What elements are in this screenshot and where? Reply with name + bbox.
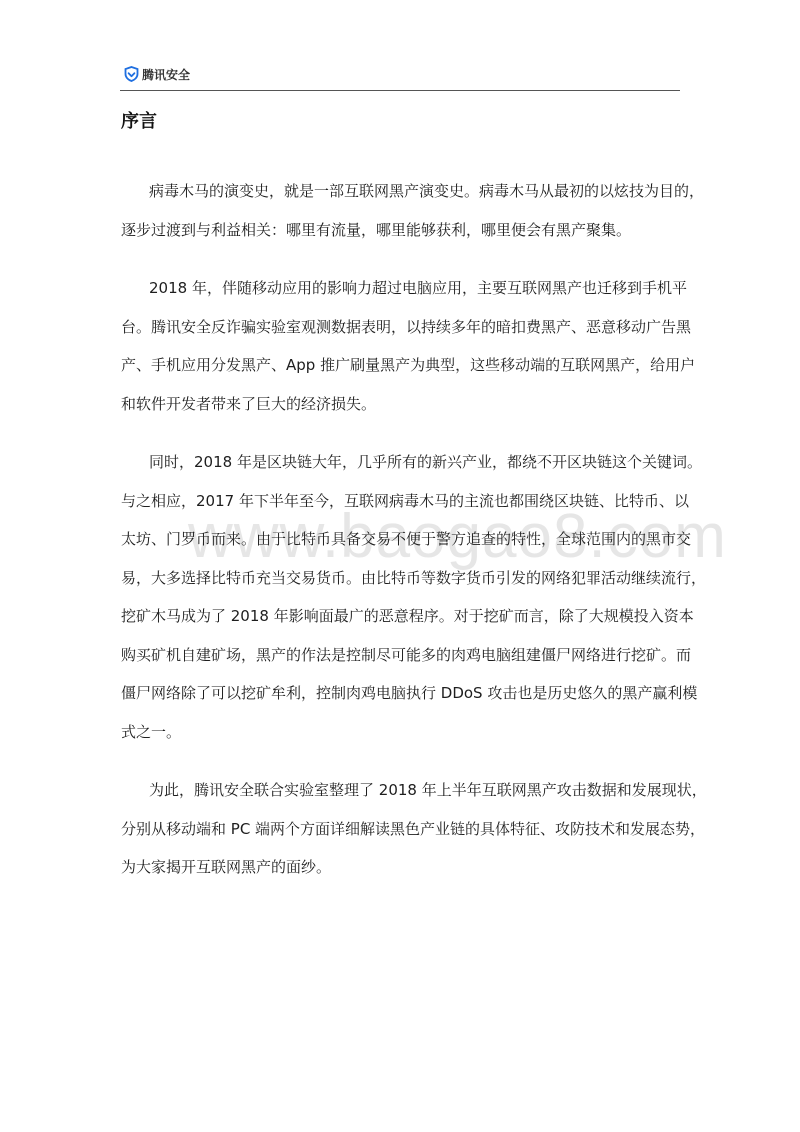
text-line: 与之相应，2017 年下半年至今，互联网病毒木马的主流也都围绕区块链、比特币、以 xyxy=(121,482,681,521)
paragraph: 为此，腾讯安全联合实验室整理了 2018 年上半年互联网黑产攻击数据和发展现状，… xyxy=(121,771,681,887)
text-line: 逐步过渡到与利益相关：哪里有流量，哪里能够获利，哪里便会有黑产聚集。 xyxy=(121,211,681,250)
text-line: 购买矿机自建矿场，黑产的作法是控制尽可能多的肉鸡电脑组建僵尸网络进行挖矿。而 xyxy=(121,636,681,675)
text-line: 挖矿木马成为了 2018 年影响面最广的恶意程序。对于挖矿而言，除了大规模投入资… xyxy=(121,597,681,636)
paragraph: 2018 年，伴随移动应用的影响力超过电脑应用，主要互联网黑产也迁移到手机平 台… xyxy=(121,269,681,423)
text-line: 分别从移动端和 PC 端两个方面详细解读黑色产业链的具体特征、攻防技术和发展态势… xyxy=(121,810,681,849)
text-line: 2018 年，伴随移动应用的影响力超过电脑应用，主要互联网黑产也迁移到手机平 xyxy=(121,269,681,308)
text-line: 易，大多选择比特币充当交易货币。由比特币等数字货币引发的网络犯罪活动继续流行， xyxy=(121,559,681,598)
section-title: 序言 xyxy=(121,107,157,133)
text-line: 病毒木马的演变史，就是一部互联网黑产演变史。病毒木马从最初的以炫技为目的， xyxy=(121,172,681,211)
text-line: 台。腾讯安全反诈骗实验室观测数据表明，以持续多年的暗扣费黑产、恶意移动广告黑 xyxy=(121,308,681,347)
brand-name: 腾讯安全 xyxy=(142,66,190,83)
page-header: 腾讯安全 xyxy=(124,64,190,84)
text-line: 式之一。 xyxy=(121,713,681,752)
text-line: 产、手机应用分发黑产、App 推广刷量黑产为典型，这些移动端的互联网黑产，给用户 xyxy=(121,346,681,385)
document-body: 病毒木马的演变史，就是一部互联网黑产演变史。病毒木马从最初的以炫技为目的， 逐步… xyxy=(121,172,681,907)
shield-check-icon xyxy=(124,66,139,82)
header-divider xyxy=(120,90,680,91)
text-line: 太坊、门罗币而来。由于比特币具备交易不便于警方追查的特性，全球范围内的黑市交 xyxy=(121,520,681,559)
text-line: 僵尸网络除了可以挖矿牟利，控制肉鸡电脑执行 DDoS 攻击也是历史悠久的黑产赢利… xyxy=(121,674,681,713)
text-line: 为此，腾讯安全联合实验室整理了 2018 年上半年互联网黑产攻击数据和发展现状， xyxy=(121,771,681,810)
text-line: 和软件开发者带来了巨大的经济损失。 xyxy=(121,385,681,424)
paragraph: 病毒木马的演变史，就是一部互联网黑产演变史。病毒木马从最初的以炫技为目的， 逐步… xyxy=(121,172,681,249)
text-line: 为大家揭开互联网黑产的面纱。 xyxy=(121,848,681,887)
text-line: 同时，2018 年是区块链大年，几乎所有的新兴产业，都绕不开区块链这个关键词。 xyxy=(121,443,681,482)
paragraph: 同时，2018 年是区块链大年，几乎所有的新兴产业，都绕不开区块链这个关键词。 … xyxy=(121,443,681,751)
